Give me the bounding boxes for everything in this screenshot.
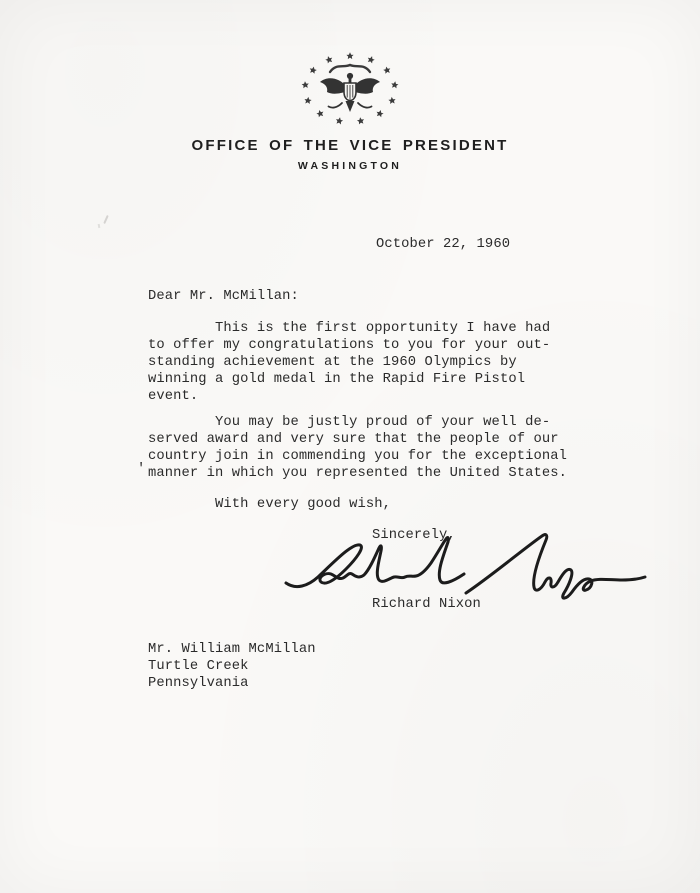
letter-page: OFFICE OF THE VICE PRESIDENT WASHINGTON … bbox=[0, 0, 700, 893]
paragraph-2: You may be justly proud of your well de-… bbox=[148, 414, 567, 482]
letterhead-office-line: OFFICE OF THE VICE PRESIDENT bbox=[0, 137, 700, 154]
letterhead-city-line: WASHINGTON bbox=[0, 160, 700, 172]
paragraph-1: This is the first opportunity I have had… bbox=[148, 320, 550, 405]
salutation: Dear Mr. McMillan: bbox=[148, 288, 299, 305]
eagle-glyph bbox=[320, 65, 380, 112]
vice-president-seal-icon bbox=[299, 51, 401, 134]
closing-wish-line: With every good wish, bbox=[148, 496, 391, 513]
letter-date: October 22, 1960 bbox=[376, 236, 510, 253]
typed-signature-name: Richard Nixon bbox=[372, 596, 481, 613]
recipient-address: Mr. William McMillan Turtle Creek Pennsy… bbox=[148, 641, 316, 692]
scan-scratch-mark bbox=[98, 224, 100, 228]
stray-typed-mark: ' bbox=[137, 461, 145, 478]
scan-scratch-mark bbox=[103, 215, 108, 224]
